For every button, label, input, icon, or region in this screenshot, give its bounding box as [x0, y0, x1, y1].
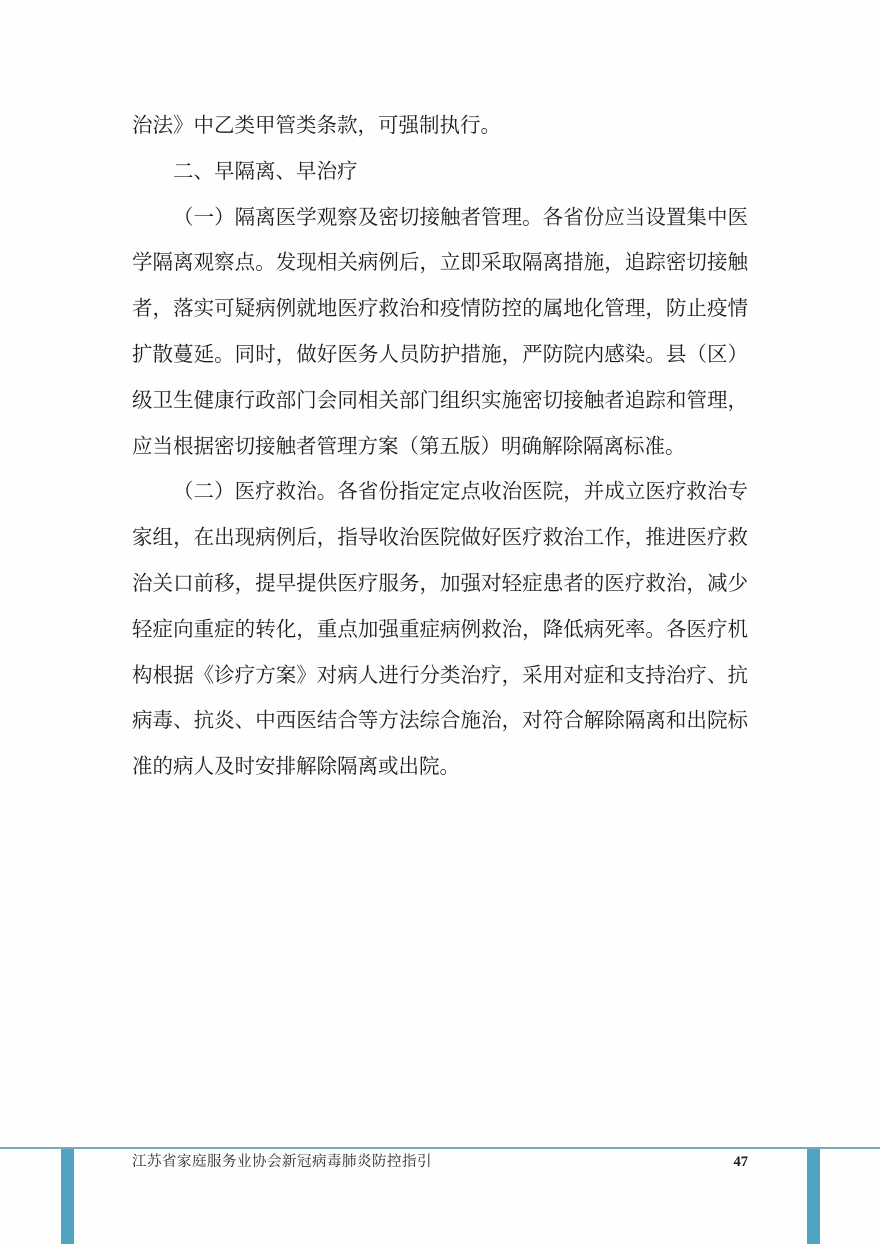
body-line: 治关口前移，提早提供医疗服务，加强对轻症患者的医疗救治，减少 — [132, 562, 748, 608]
body-line: （一）隔离医学观察及密切接触者管理。各省份应当设置集中医 — [132, 196, 748, 242]
page-number: 47 — [734, 1152, 749, 1172]
footer-title: 江苏省家庭服务业协会新冠病毒肺炎防控指引 — [132, 1152, 432, 1172]
body-line: 准的病人及时安排解除隔离或出院。 — [132, 745, 748, 791]
section-heading: 二、早隔离、早治疗 — [132, 150, 748, 196]
left-accent-bar — [61, 1149, 74, 1244]
document-page: 治法》中乙类甲管类条款，可强制执行。 二、早隔离、早治疗 （一）隔离医学观察及密… — [0, 0, 880, 1244]
body-text: 治法》中乙类甲管类条款，可强制执行。 二、早隔离、早治疗 （一）隔离医学观察及密… — [132, 104, 748, 791]
body-line: 轻症向重症的转化，重点加强重症病例救治，降低病死率。各医疗机 — [132, 608, 748, 654]
body-line: 应当根据密切接触者管理方案（第五版）明确解除隔离标准。 — [132, 425, 748, 471]
body-line: 级卫生健康行政部门会同相关部门组织实施密切接触者追踪和管理， — [132, 379, 748, 425]
right-accent-bar — [807, 1149, 820, 1244]
page-footer: 江苏省家庭服务业协会新冠病毒肺炎防控指引 47 — [132, 1152, 748, 1172]
body-line: 扩散蔓延。同时，做好医务人员防护措施，严防院内感染。县（区） — [132, 333, 748, 379]
body-line: 构根据《诊疗方案》对病人进行分类治疗，采用对症和支持治疗、抗 — [132, 654, 748, 700]
body-line: 者，落实可疑病例就地医疗救治和疫情防控的属地化管理，防止疫情 — [132, 287, 748, 333]
body-line: 病毒、抗炎、中西医结合等方法综合施治，对符合解除隔离和出院标 — [132, 699, 748, 745]
body-line: 家组，在出现病例后，指导收治医院做好医疗救治工作，推进医疗救 — [132, 516, 748, 562]
body-line: 治法》中乙类甲管类条款，可强制执行。 — [132, 104, 748, 150]
body-line: （二）医疗救治。各省份指定定点收治医院，并成立医疗救治专 — [132, 470, 748, 516]
footer-divider — [0, 1147, 880, 1149]
body-line: 学隔离观察点。发现相关病例后，立即采取隔离措施，追踪密切接触 — [132, 241, 748, 287]
